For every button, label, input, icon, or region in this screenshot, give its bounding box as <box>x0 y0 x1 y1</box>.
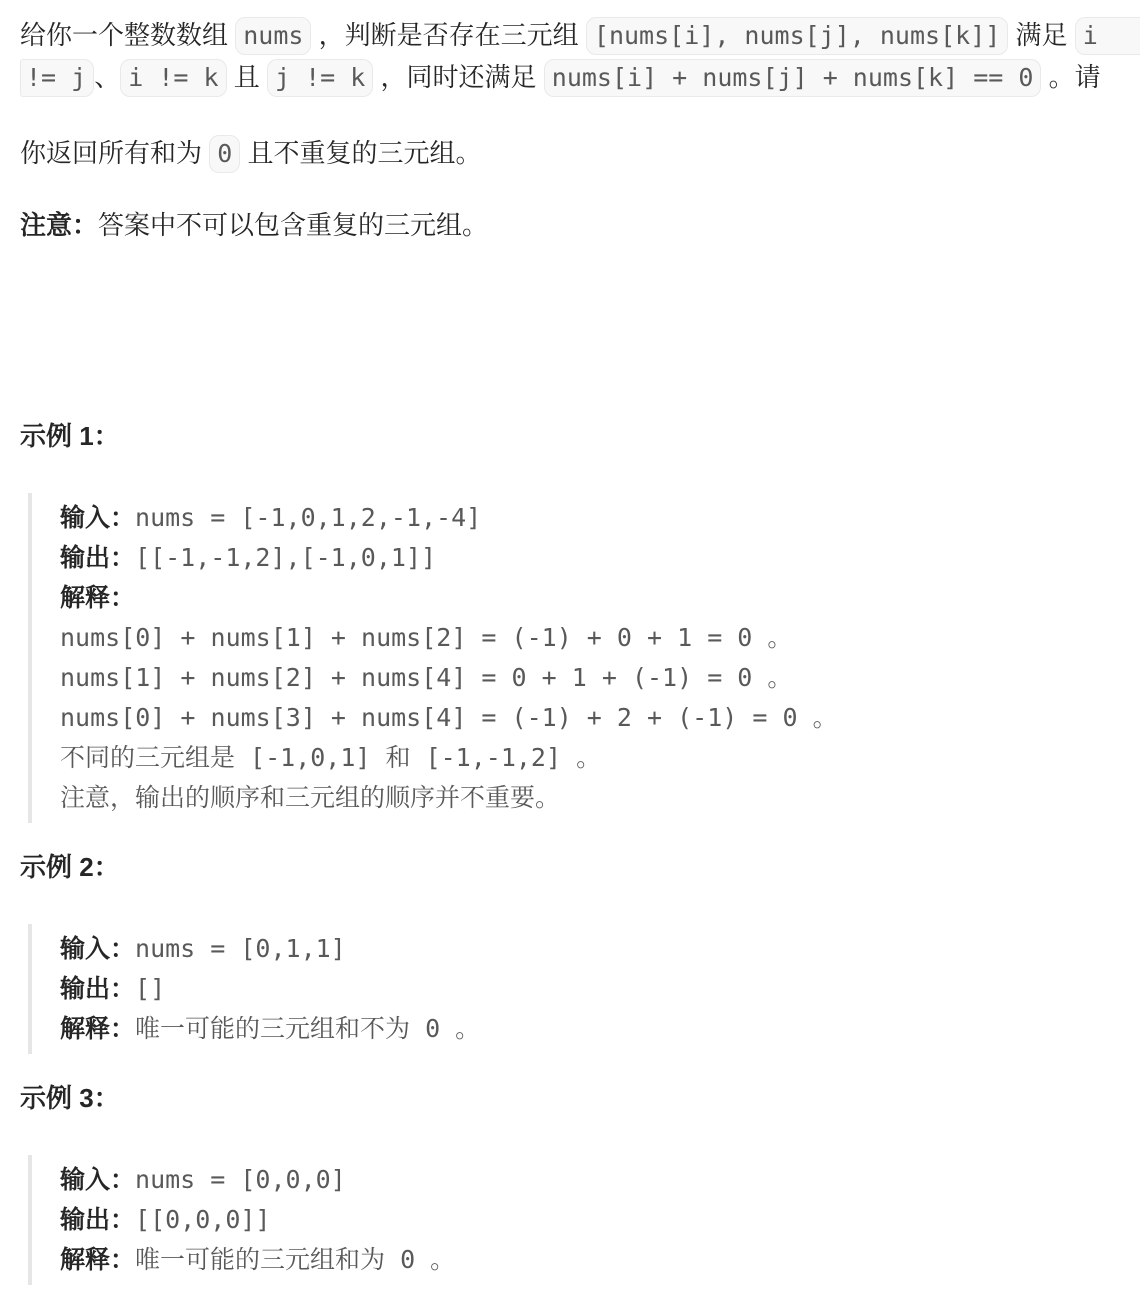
inline-code: i <box>1075 17 1140 55</box>
statement-line-2: != j、i != k 且 j != k ，同时还满足 nums[i] + nu… <box>20 56 1146 98</box>
inline-code: [nums[i], nums[j], nums[k]] <box>586 17 1008 55</box>
note-label: 注意： <box>20 210 98 240</box>
problem-description: 给你一个整数数组 nums ，判断是否存在三元组 [nums[i], nums[… <box>20 14 1126 1285</box>
example-line: nums[1] + nums[2] + nums[4] = 0 + 1 + (-… <box>60 658 1116 698</box>
example-line: 注意，输出的顺序和三元组的顺序并不重要。 <box>60 778 1116 818</box>
example-line: 不同的三元组是 [-1,0,1] 和 [-1,-1,2] 。 <box>60 738 1116 778</box>
example-line-label: 输入： <box>60 1165 135 1194</box>
example-title-text: 示例 3： <box>20 1083 120 1113</box>
inline-code: i != k <box>120 59 226 97</box>
statement-line-3: 你返回所有和为 0 且不重复的三元组。 <box>20 132 1126 174</box>
example-block: 输入：nums = [-1,0,1,2,-1,-4]输出：[[-1,-1,2],… <box>28 493 1126 823</box>
inline-code: nums <box>235 17 311 55</box>
example-title: 示例 2： <box>20 846 1126 888</box>
example-block: 输入：nums = [0,1,1]输出：[]解释：唯一可能的三元组和不为 0 。 <box>28 924 1126 1054</box>
example-line-label: 输出： <box>60 974 135 1003</box>
example-line-label: 解释： <box>60 1245 135 1274</box>
example-title-text: 示例 1： <box>20 421 120 451</box>
example-line-label: 输出： <box>60 1205 135 1234</box>
example-line: 输入：nums = [0,0,0] <box>60 1160 1116 1200</box>
examples: 示例 1：输入：nums = [-1,0,1,2,-1,-4]输出：[[-1,-… <box>20 415 1126 1285</box>
example-line: 解释： <box>60 578 1116 618</box>
example-line-label: 输入： <box>60 503 135 532</box>
inline-code: != j <box>20 59 94 97</box>
example-line: nums[0] + nums[3] + nums[4] = (-1) + 2 +… <box>60 698 1116 738</box>
example-line-label: 输出： <box>60 543 135 572</box>
inline-code: 0 <box>209 135 240 173</box>
example-line: 输出：[] <box>60 969 1116 1009</box>
example-block: 输入：nums = [0,0,0]输出：[[0,0,0]]解释：唯一可能的三元组… <box>28 1155 1126 1285</box>
statement-line-1: 给你一个整数数组 nums ，判断是否存在三元组 [nums[i], nums[… <box>20 14 1146 56</box>
example-line: 解释：唯一可能的三元组和不为 0 。 <box>60 1009 1116 1049</box>
example-title-text: 示例 2： <box>20 852 120 882</box>
example-line: 输入：nums = [0,1,1] <box>60 929 1116 969</box>
example-line: nums[0] + nums[1] + nums[2] = (-1) + 0 +… <box>60 618 1116 658</box>
inline-code: nums[i] + nums[j] + nums[k] == 0 <box>544 59 1042 97</box>
example-line: 解释：唯一可能的三元组和为 0 。 <box>60 1240 1116 1280</box>
example-line: 输出：[[-1,-1,2],[-1,0,1]] <box>60 538 1116 578</box>
example-title: 示例 1： <box>20 415 1126 457</box>
example-line-label: 输入： <box>60 934 135 963</box>
problem-statement: 给你一个整数数组 nums ，判断是否存在三元组 [nums[i], nums[… <box>20 14 1126 246</box>
example-line: 输入：nums = [-1,0,1,2,-1,-4] <box>60 498 1116 538</box>
example-title: 示例 3： <box>20 1077 1126 1119</box>
example-line-label: 解释： <box>60 583 135 612</box>
inline-code: j != k <box>267 59 373 97</box>
note: 注意：答案中不可以包含重复的三元组。 <box>20 204 1126 246</box>
example-line-label: 解释： <box>60 1014 135 1043</box>
example-line: 输出：[[0,0,0]] <box>60 1200 1116 1240</box>
